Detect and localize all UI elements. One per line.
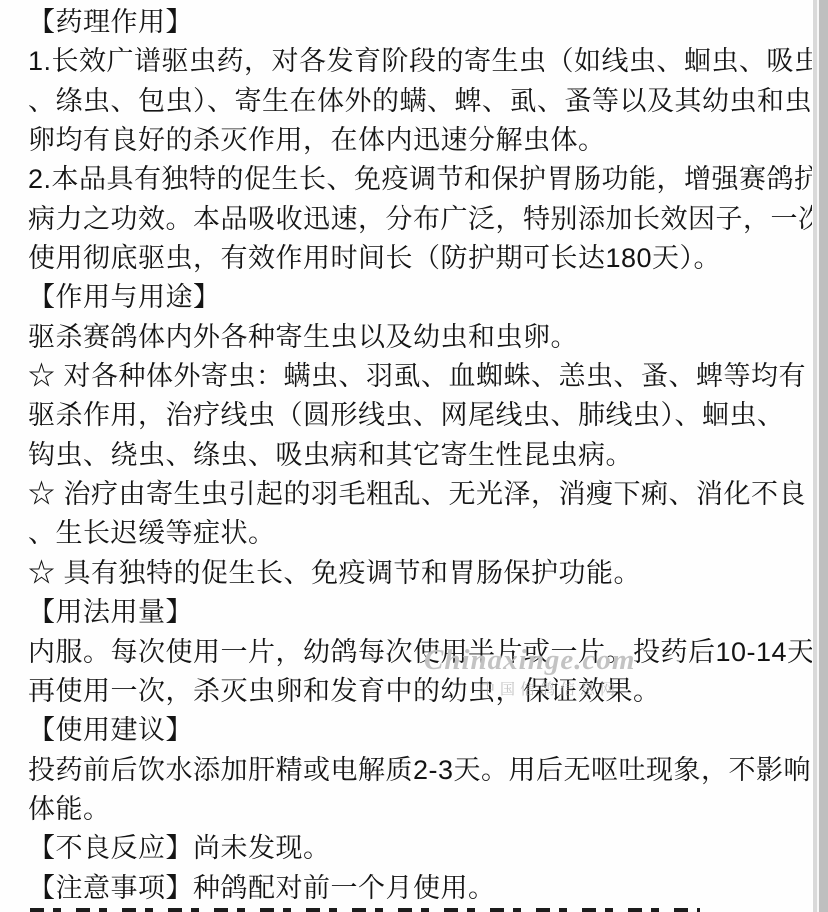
text-line: 2.本品具有独特的促生长、免疫调节和保护胃肠功能，增强赛鸽抗: [28, 160, 818, 199]
text-line: 驱杀赛鸽体内外各种寄生虫以及幼虫和虫卵。: [28, 318, 818, 357]
text-line: 【药理作用】: [28, 3, 818, 42]
text-line: 使用彻底驱虫，有效作用时间长（防护期可长达180天）。: [28, 239, 818, 278]
document-body: 【药理作用】1.长效广谱驱虫药，对各发育阶段的寄生虫（如线虫、蛔虫、吸虫、绦虫、…: [28, 3, 818, 908]
text-line: 、绦虫、包虫）、寄生在体外的螨、蜱、虱、蚤等以及其幼虫和虫: [28, 82, 818, 121]
text-line: 再使用一次，杀灭虫卵和发育中的幼虫，保证效果。: [28, 672, 818, 711]
text-line: 卵均有良好的杀灭作用，在体内迅速分解虫体。: [28, 121, 818, 160]
text-line: 1.长效广谱驱虫药，对各发育阶段的寄生虫（如线虫、蛔虫、吸虫: [28, 42, 818, 81]
text-line: ☆ 对各种体外寄虫：螨虫、羽虱、血蜘蛛、恙虫、蚤、蜱等均有: [28, 357, 818, 396]
cutoff-next-line-fragments: [30, 908, 700, 912]
text-line: 驱杀作用，治疗线虫（圆形线虫、网尾线虫、肺线虫）、蛔虫、: [28, 396, 818, 435]
text-line: 【不良反应】尚未发现。: [28, 829, 818, 868]
text-line: 【注意事项】种鸽配对前一个月使用。: [28, 869, 818, 908]
text-line: 内服。每次使用一片，幼鸽每次使用半片或一片。投药后10-14天: [28, 633, 818, 672]
text-line: 投药前后饮水添加肝精或电解质2-3天。用后无呕吐现象，不影响: [28, 751, 818, 790]
text-line: 体能。: [28, 790, 818, 829]
text-line: ☆ 具有独特的促生长、免疫调节和胃肠保护功能。: [28, 554, 818, 593]
text-line: 钩虫、绕虫、绦虫、吸虫病和其它寄生性昆虫病。: [28, 436, 818, 475]
document-page: 【药理作用】1.长效广谱驱虫药，对各发育阶段的寄生虫（如线虫、蛔虫、吸虫、绦虫、…: [0, 0, 828, 912]
text-line: 【用法用量】: [28, 593, 818, 632]
text-line: 【使用建议】: [28, 711, 818, 750]
text-line: 【作用与用途】: [28, 278, 818, 317]
text-line: 、生长迟缓等症状。: [28, 514, 818, 553]
text-line: 病力之功效。本品吸收迅速，分布广泛，特别添加长效因子，一次: [28, 200, 818, 239]
scrollbar-track[interactable]: [812, 0, 828, 912]
text-line: ☆ 治疗由寄生虫引起的羽毛粗乱、无光泽，消瘦下痢、消化不良: [28, 475, 818, 514]
